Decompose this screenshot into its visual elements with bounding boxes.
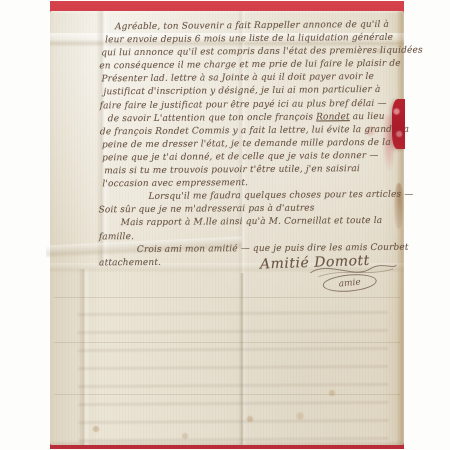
- photo-red-backdrop: Agréable, ton Souvenir a fait Rappeller …: [50, 1, 404, 449]
- signature-oval-word: amie: [338, 277, 361, 289]
- letter-lines: Agréable, ton Souvenir a fait Rappeller …: [105, 19, 407, 270]
- letter-line: Lorsqu'il me faudra quelques choses pour…: [148, 189, 406, 204]
- letter-line: peine que je t'ai donné, et de celle que…: [102, 150, 406, 166]
- wax-seal-remnant: [392, 99, 405, 149]
- letter-line: Mais rapport à M.lle ainsi qu'à M. Corne…: [121, 215, 407, 231]
- letter-paper: Agréable, ton Souvenir a fait Rappeller …: [50, 11, 404, 445]
